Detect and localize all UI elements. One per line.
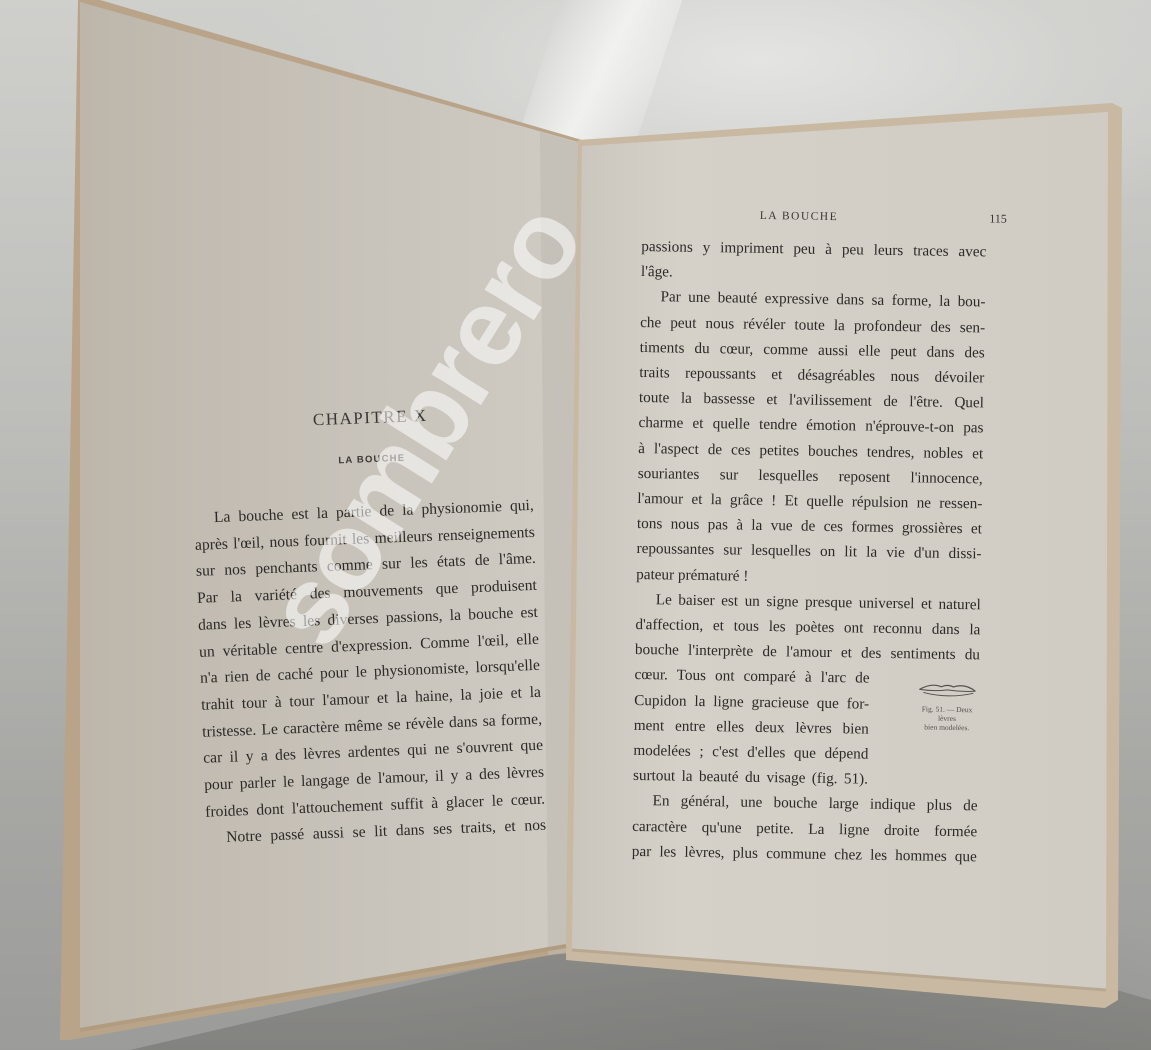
- running-title: LA BOUCHE: [760, 210, 839, 223]
- running-header: LA BOUCHE 115: [642, 204, 987, 239]
- text-line: par les lèvres, plus commune chez les ho…: [632, 839, 977, 870]
- lips-illustration-icon: [915, 678, 979, 701]
- text-line: ment entre elles deux lèvres bien: [634, 713, 869, 742]
- text-line: modelées ; c'est d'elles que dépend: [633, 738, 868, 767]
- caption-line: bien modelées.: [902, 722, 992, 732]
- right-page-text: LA BOUCHE 115 passions y impriment peu à…: [632, 204, 987, 869]
- page-number: 115: [989, 211, 1007, 226]
- chapter-title: LA BOUCHE: [212, 448, 532, 471]
- text-line: cœur. Tous ont comparé à l'arc de: [634, 662, 869, 691]
- text-line: surtout la beauté du visage (fig. 51).: [633, 763, 868, 792]
- figure-51: Fig. 51. — Deux lèvres bien modelées.: [902, 678, 993, 732]
- figure-caption: Fig. 51. — Deux lèvres bien modelées.: [902, 704, 992, 732]
- left-page-text: CHAPITRE X LA BOUCHE La bouche est la pa…: [190, 402, 547, 853]
- text-line: Cupidon la ligne gracieuse que for-: [634, 688, 869, 717]
